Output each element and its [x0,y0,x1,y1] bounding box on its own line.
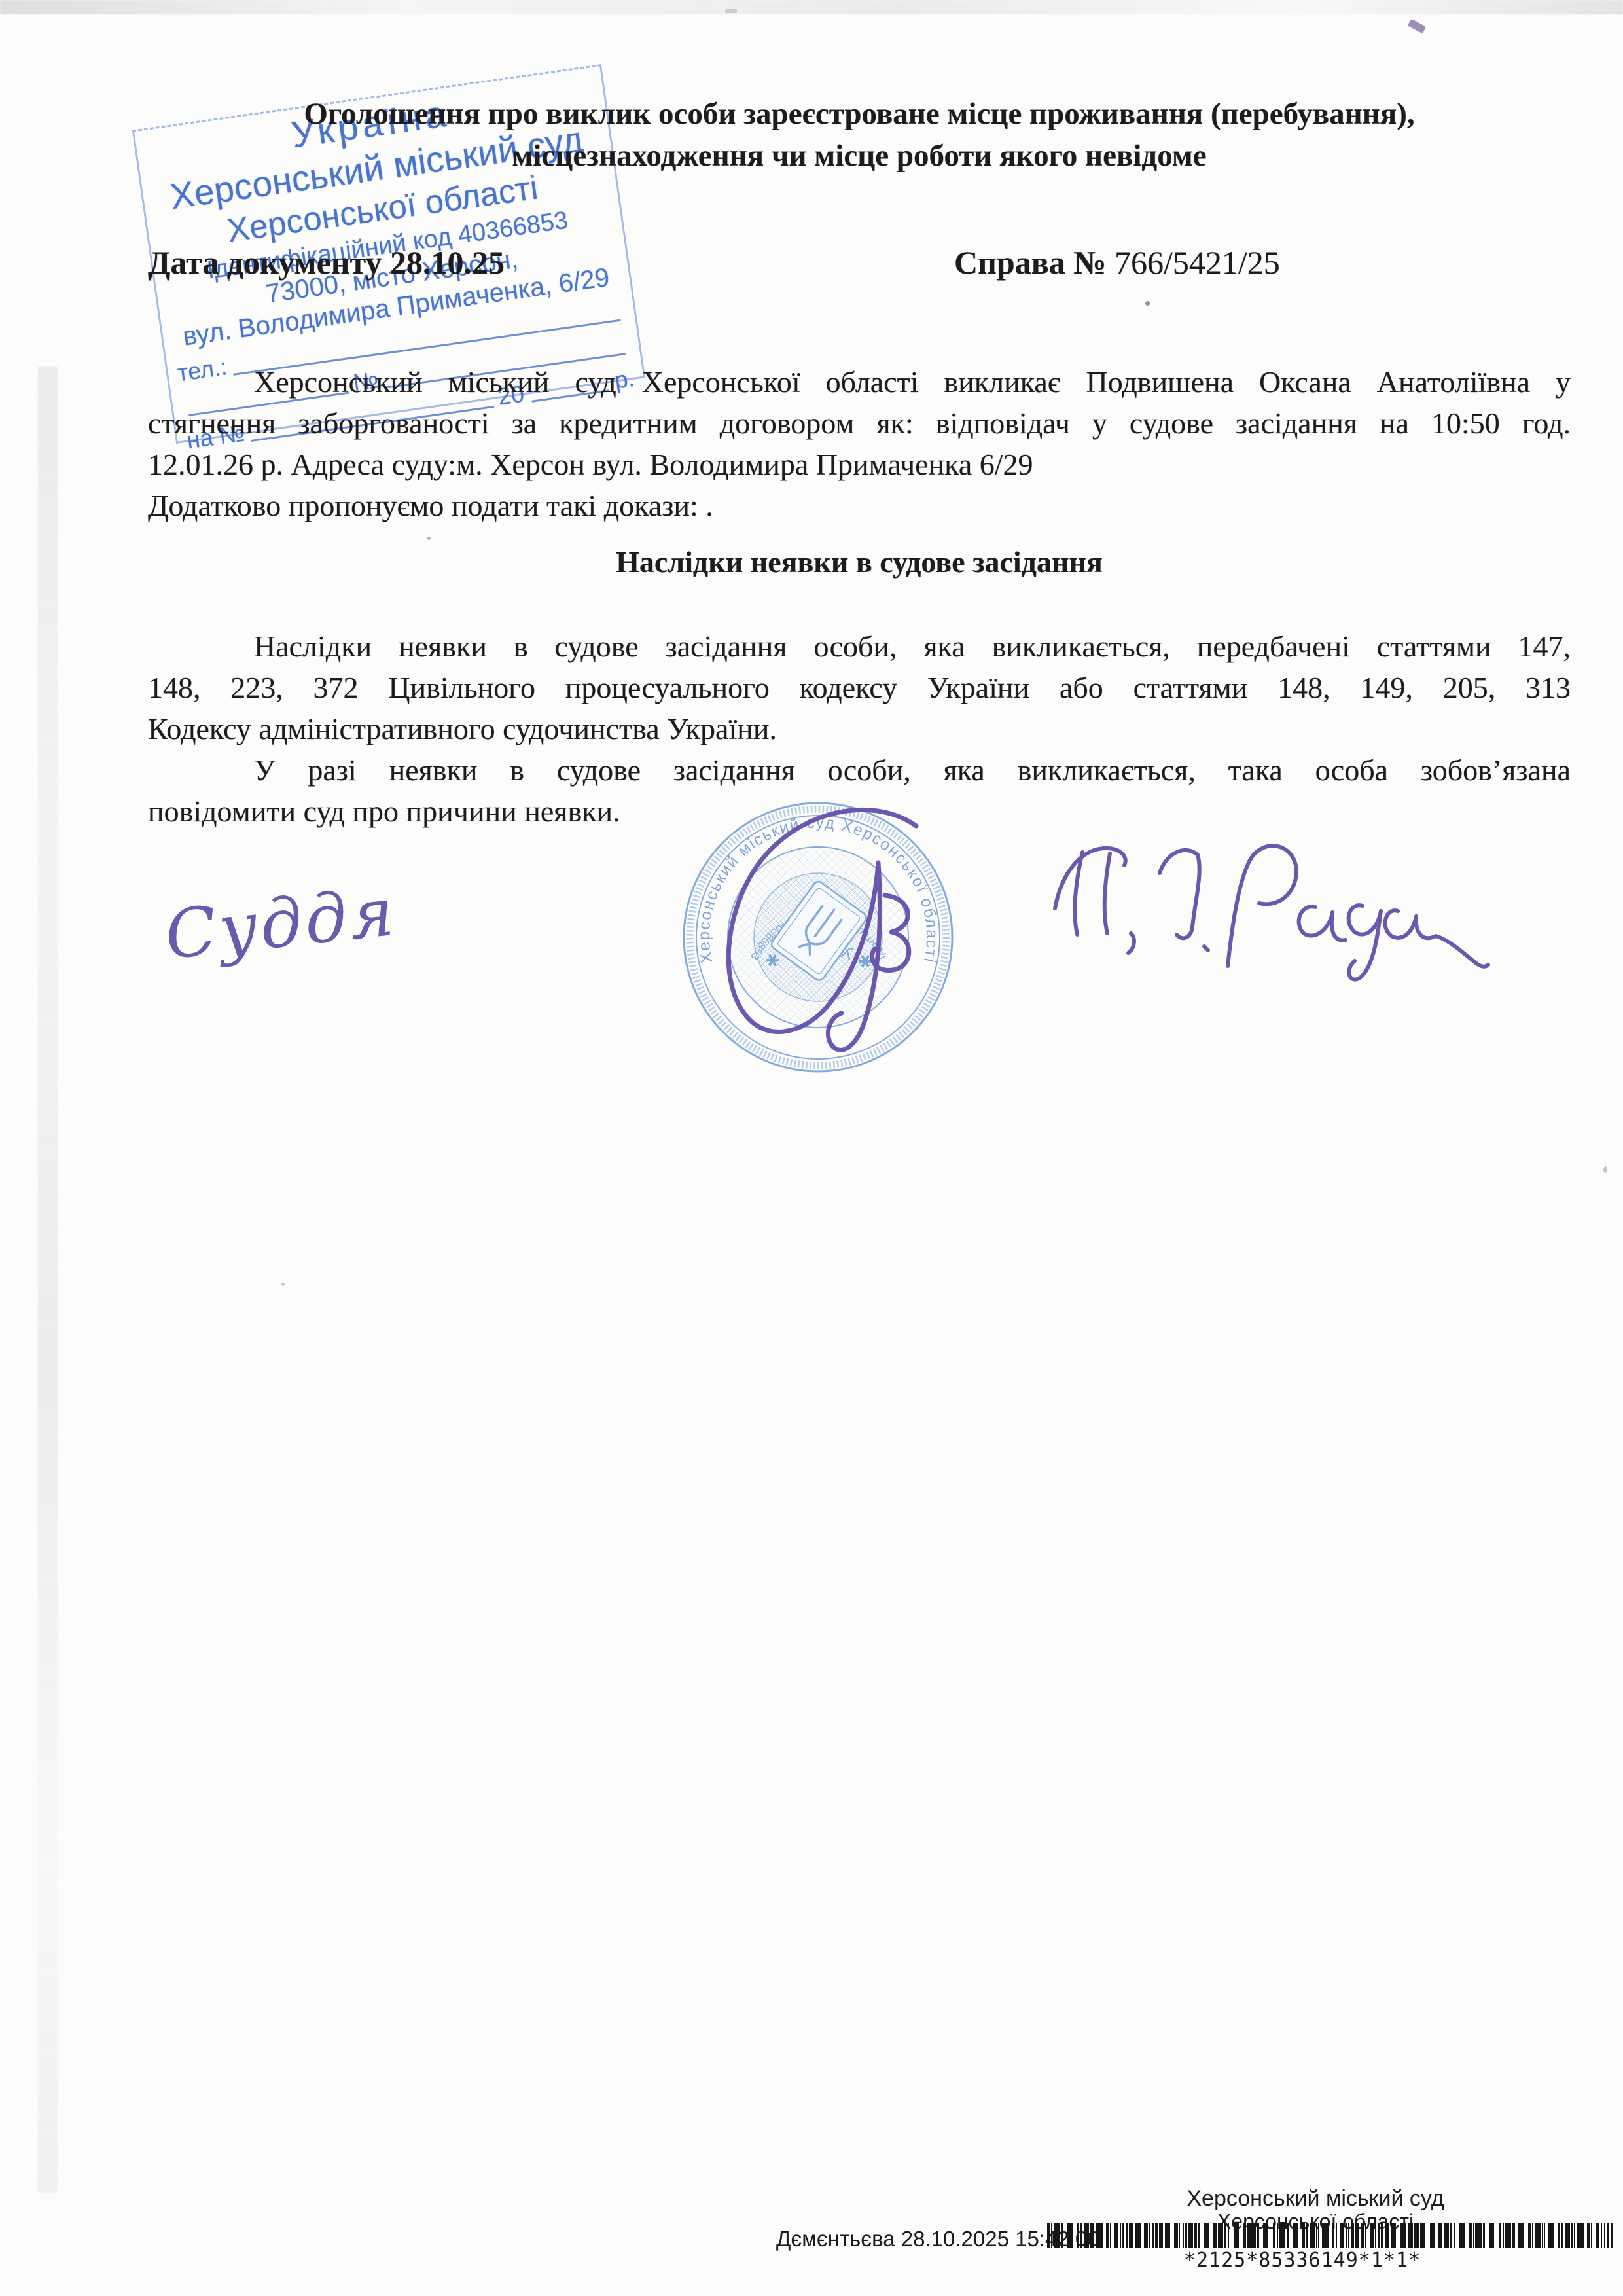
scan-left-edge-artifact [38,367,58,2193]
body-line: 12.01.26 р. Адреса суду:м. Херсон вул. В… [148,444,1571,485]
body-line: Херсонський міський суд Херсонської обла… [148,361,1571,403]
scan-top-edge-artifact [0,0,1623,14]
body-line: Додатково пропонуємо подати такі докази:… [148,485,1571,526]
seal-overlay-signature [728,810,916,1050]
case-number: 766/5421/25 [1115,244,1280,281]
barcode-text: *2125*85336149*1*1* [1152,2249,1453,2272]
document-date: Дата документу 28.10.25 [148,243,505,281]
judge-signature [1055,846,1488,979]
footer-court-name: Херсонський міський суд [1171,2186,1459,2212]
consequences-line: Наслідки неявки в судове засідання особи… [148,626,1571,667]
case-label: Справа № [954,244,1115,281]
scan-speck [725,9,737,13]
scanned-court-document: Україна Херсонський міський суд Херсонсь… [0,0,1623,2296]
document-title: Оголошення про виклик особи зареєстрован… [148,93,1571,177]
scan-speck [427,537,431,540]
document-title-line2: місцезнаходження чи місце роботи якого н… [148,135,1571,177]
scan-speck [281,1283,285,1286]
case-reference: Справа № 766/5421/25 [954,243,1280,281]
scan-speck [1408,19,1427,34]
consequences-line: Кодексу адміністративного судочинства Ук… [148,708,1571,749]
scan-speck [1145,301,1150,306]
consequences-line: 148, 223, 372 Цивільного процесуального … [148,667,1571,708]
handwriting-layer [0,772,1623,1178]
consequences-heading: Наслідки неявки в судове засідання [148,545,1571,579]
barcode [1047,2223,1613,2248]
document-title-line1: Оголошення про виклик особи зареєстрован… [148,93,1571,135]
body-line: стягнення заборгованості за кредитним до… [148,403,1571,444]
